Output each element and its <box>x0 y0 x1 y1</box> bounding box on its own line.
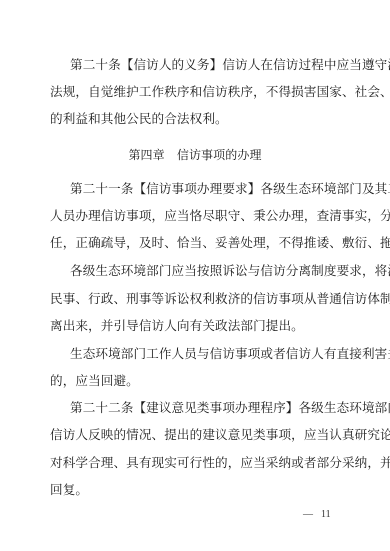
document-page: 第二十条【信访人的义务】信访人在信访过程中应当遵守法律、 法规，自觉维护工作秩序… <box>0 0 390 551</box>
paragraph-separation-line-3: 离出来，并引导信访人向有关政法部门提出。 <box>50 318 342 334</box>
paragraph-separation-line-2: 民事、行政、刑事等诉讼权利救济的信访事项从普通信访体制中分 <box>50 291 342 307</box>
article-21-line-2: 人员办理信访事项，应当恪尽职守、秉公办理，查清事实，分清责 <box>50 208 342 224</box>
article-20-line-2: 法规，自觉维护工作秩序和信访秩序，不得损害国家、社会、集体 <box>50 84 342 100</box>
page-number-value: 11 <box>321 509 331 520</box>
paragraph-recusal-line-1: 生态环境部门工作人员与信访事项或者信访人有直接利害关系 <box>70 346 342 362</box>
paragraph-recusal-line-2: 的，应当回避。 <box>50 373 342 389</box>
article-21-line-3: 任，正确疏导，及时、恰当、妥善处理，不得推诿、敷衍、拖延。 <box>50 235 342 251</box>
chapter-heading: 第四章 信访事项的办理 <box>0 147 390 163</box>
article-22-line-2: 信访人反映的情况、提出的建议意见类事项，应当认真研究论证。 <box>50 427 342 443</box>
article-22-line-1: 第二十二条【建议意见类事项办理程序】各级生态环境部门对 <box>70 400 342 416</box>
article-20-line-1: 第二十条【信访人的义务】信访人在信访过程中应当遵守法律、 <box>70 57 342 73</box>
page-number-dash: — <box>303 509 313 520</box>
article-22-line-3: 对科学合理、具有现实可行性的，应当采纳或者部分采纳，并予以 <box>50 455 342 471</box>
article-21-line-1: 第二十一条【信访事项办理要求】各级生态环境部门及其工作 <box>70 181 342 197</box>
article-20-line-3: 的利益和其他公民的合法权利。 <box>50 111 342 127</box>
page-number: —11 <box>303 509 331 520</box>
paragraph-separation-line-1: 各级生态环境部门应当按照诉讼与信访分离制度要求，将涉及 <box>70 263 342 279</box>
article-22-line-4: 回复。 <box>50 482 342 498</box>
